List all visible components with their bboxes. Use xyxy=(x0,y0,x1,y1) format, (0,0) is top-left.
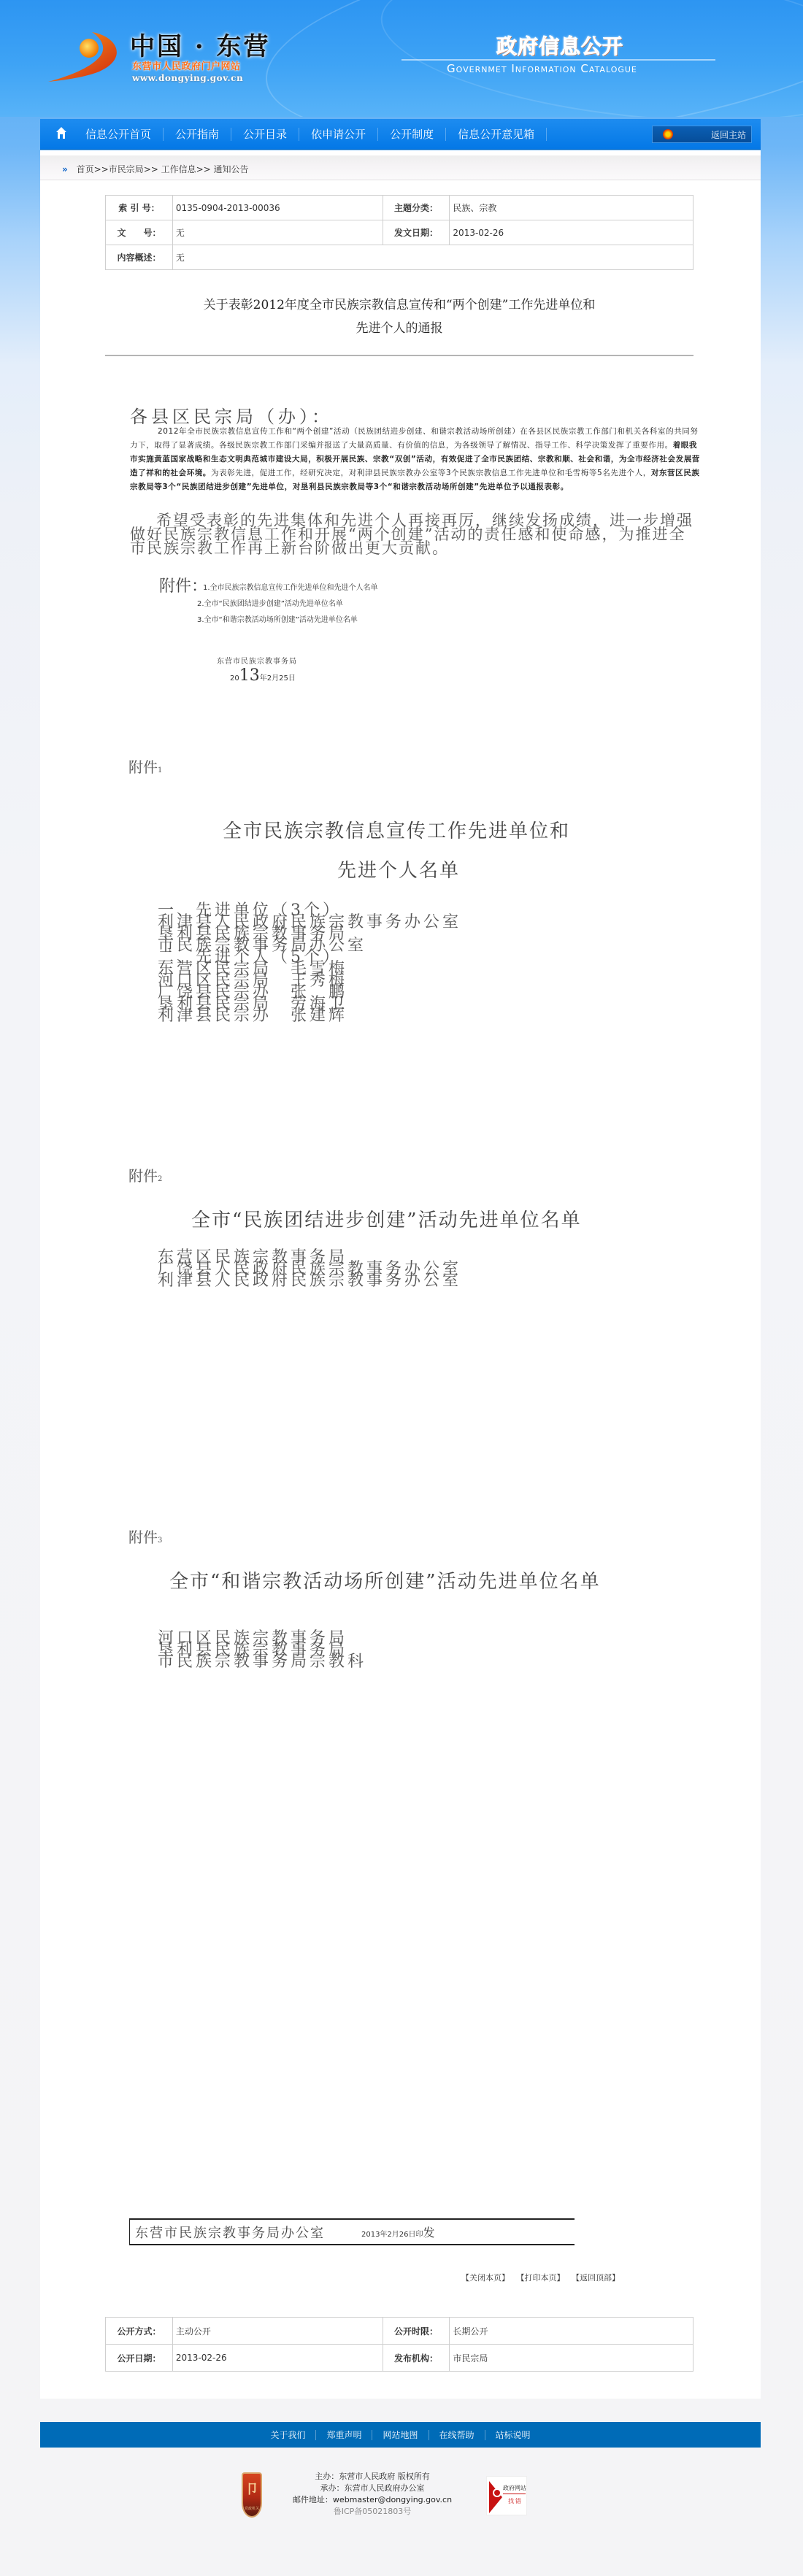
meta-label: 主题分类： xyxy=(383,196,450,220)
breadcrumb-text[interactable]: 首页>>市民宗局>> 工作信息>> 通知公告 xyxy=(77,164,249,174)
footer-link-statement[interactable]: 郑重声明 xyxy=(316,2430,372,2440)
annex-2-label: 附件2 xyxy=(128,1164,162,1185)
meta-label: 索 引 号： xyxy=(106,196,173,220)
date-part: 20 xyxy=(230,674,239,683)
dongying-logo-icon xyxy=(48,29,128,84)
meta-value-index-number: 0135-0904-2013-00036 xyxy=(172,196,383,220)
annex-number: 1 xyxy=(158,766,162,774)
attachments-label: 附件： xyxy=(159,574,207,596)
attachment-item: 1.全市民族宗教信息宣传工作先进单位和先进个人名单 xyxy=(203,580,378,596)
body-paragraph-hope: 希望受表彰的先进集体和先进个人再接再厉，继续发扬成绩，进一步增强做好民族宗教信息… xyxy=(130,514,699,555)
footer-link-logo-info[interactable]: 站标说明 xyxy=(485,2430,541,2440)
title-divider xyxy=(105,355,693,356)
footer-email: 邮件地址：webmaster@dongying.gov.cn xyxy=(277,2494,467,2506)
close-page-link[interactable]: 【关闭本页】 xyxy=(461,2273,510,2283)
error-report-line1: 政府网站 xyxy=(503,2484,526,2492)
meta-label: 公开日期： xyxy=(106,2345,173,2372)
magnifier-icon xyxy=(493,2488,502,2497)
annex-1-title-line2: 先进个人名单 xyxy=(337,856,460,883)
table-row: 公开日期： 2013-02-26 发布机构： 市民宗局 xyxy=(106,2345,693,2372)
return-main-site-button[interactable]: 返回主站 xyxy=(652,126,752,143)
annex-3-list: 河口区民族宗教事务局 垦利县民族宗教事务局 市民族宗教事务局宗教科 xyxy=(158,1633,366,1668)
divider xyxy=(503,2494,526,2494)
return-main-site-label: 返回主站 xyxy=(711,128,746,141)
meta-label: 文 号： xyxy=(106,220,173,245)
document-title-line: 先进个人的通报 xyxy=(105,317,693,340)
annex-3-label: 附件3 xyxy=(128,1526,162,1547)
print-date: 2013年2月26日印发 xyxy=(361,2223,435,2240)
footer-icp[interactable]: 鲁ICP备05021803号 xyxy=(277,2506,467,2518)
national-emblem-icon xyxy=(663,129,673,139)
badge-glyph: 卩 xyxy=(243,2479,261,2498)
meta-label: 公开时限： xyxy=(383,2318,450,2345)
print-date-suffix: 发 xyxy=(423,2226,435,2239)
document-meta-table: 索 引 号： 0135-0904-2013-00036 主题分类： 民族、宗教 … xyxy=(105,195,693,270)
gov-site-error-report-button[interactable]: 政府网站 找错 xyxy=(486,2476,527,2515)
table-row: 公开方式： 主动公开 公开时限： 长期公开 xyxy=(106,2318,693,2345)
document-title: 关于表彰2012年度全市民族宗教信息宣传和“两个创建”工作先进单位和 先进个人的… xyxy=(105,293,693,340)
meta-value-summary: 无 xyxy=(172,245,693,270)
table-row: 内容概述： 无 xyxy=(106,245,693,270)
meta-value-disclosure-method: 主动公开 xyxy=(172,2318,383,2345)
table-row: 文 号： 无 发文日期： 2013-02-26 xyxy=(106,220,693,245)
attachment-item: 3.全市“和谐宗教活动场所创建”活动先进单位名单 xyxy=(197,612,378,628)
signature-date: 2013年2月25日 xyxy=(230,666,296,685)
triangle-icon xyxy=(489,2481,502,2513)
nav-item-catalog[interactable]: 公开目录 xyxy=(231,128,299,141)
annex-1-title-line1: 全市民族宗教信息宣传工作先进单位和 xyxy=(223,816,570,843)
annex-label-text: 附件 xyxy=(128,1529,158,1546)
section-subtitle: Governmet Information Catalogue xyxy=(447,62,637,75)
issue-box: 东营市民族宗教事务局办公室 2013年2月26日印发 xyxy=(129,2218,575,2245)
table-row: 索 引 号： 0135-0904-2013-00036 主题分类： 民族、宗教 xyxy=(106,196,693,220)
annex-label-text: 附件 xyxy=(128,1167,158,1185)
date-part: 年2月25日 xyxy=(260,674,296,683)
nav-item-feedback[interactable]: 信息公开意见箱 xyxy=(446,128,547,141)
body-text: 为表彰先进，促进工作，经研究决定，对利津县民族宗教办公室等3个民族宗教信息工作先… xyxy=(211,469,651,477)
footer-info: 主办：东营市人民政府 版权所有 承办：东营市人民政府办公室 邮件地址：webma… xyxy=(277,2471,467,2518)
double-chevron-icon: » xyxy=(62,164,68,174)
footer-link-about[interactable]: 关于我们 xyxy=(260,2430,316,2440)
annex-1-list: 一、先进单位（3个） 利津县人民政府民族宗教事务办公室 垦利县民族宗教事务局 市… xyxy=(158,905,461,1022)
annex-3-title: 全市“和谐宗教活动场所创建”活动先进单位名单 xyxy=(169,1566,601,1593)
header-banner: 中国 · 东营 东营市人民政府门户网站 www.dongying.gov.cn … xyxy=(0,0,803,117)
footer-nav: 关于我们 郑重声明 网站地图 在线帮助 站标说明 xyxy=(40,2422,761,2448)
annex-label-text: 附件 xyxy=(128,758,158,776)
nav-item-guide[interactable]: 公开指南 xyxy=(164,128,231,141)
footer-link-sitemap[interactable]: 网站地图 xyxy=(372,2430,429,2440)
error-report-line2: 找错 xyxy=(508,2497,523,2505)
issuing-office: 东营市民族宗教事务局办公室 xyxy=(135,2223,325,2242)
footer-organizer: 承办：东营市人民政府办公室 xyxy=(277,2483,467,2494)
home-icon[interactable] xyxy=(56,127,78,142)
annex-2-list: 东营区民族宗教事务局 广饶县人民政府民族宗教事务办公室 利津县人民政府民族宗教事… xyxy=(158,1252,461,1287)
attachments-list: 1.全市民族宗教信息宣传工作先进单位和先进个人名单 2.全市“民族团结进步创建”… xyxy=(203,580,378,628)
site-logo-title: 中国 · 东营 xyxy=(130,26,271,62)
signature-organization: 东营市民族宗教事务局 xyxy=(217,655,297,666)
meta-value-issue-date: 2013-02-26 xyxy=(450,220,693,245)
annex-number: 2 xyxy=(158,1175,162,1183)
meta-value-doc-number: 无 xyxy=(172,220,383,245)
list-item: 利津县民宗办 张建辉 xyxy=(158,1010,461,1022)
body-text: 2012年全市民族宗教信息宣传工作和“两个创建”活动（民族团结进步创建、和谐宗教… xyxy=(130,427,699,450)
party-government-badge-icon[interactable]: 卩 党政机关 xyxy=(242,2472,262,2518)
list-item: 利津县人民政府民族宗教事务办公室 xyxy=(158,1275,461,1287)
site-url: www.dongying.gov.cn xyxy=(132,73,243,83)
section-title: 政府信息公开 xyxy=(496,31,623,60)
nav-item-info-home[interactable]: 信息公开首页 xyxy=(78,128,164,141)
meta-label: 内容概述： xyxy=(106,245,173,270)
back-to-top-link[interactable]: 【返回顶部】 xyxy=(572,2273,620,2283)
breadcrumb-bar: » 首页>>市民宗局>> 工作信息>> 通知公告 xyxy=(40,155,761,180)
annex-2-title: 全市“民族团结进步创建”活动先进单位名单 xyxy=(191,1205,582,1232)
annex-number: 3 xyxy=(158,1537,162,1545)
nav-item-system[interactable]: 公开制度 xyxy=(378,128,446,141)
meta-label: 发布机构： xyxy=(383,2345,450,2372)
meta-label: 发文日期： xyxy=(383,220,450,245)
nav-item-apply[interactable]: 依申请公开 xyxy=(299,128,378,141)
breadcrumb: » 首页>>市民宗局>> 工作信息>> 通知公告 xyxy=(62,163,249,175)
main-nav: 信息公开首页 公开指南 公开目录 依申请公开 公开制度 信息公开意见箱 返回主站 xyxy=(40,119,761,150)
page-actions: 【关闭本页】 【打印本页】 【返回顶部】 xyxy=(457,2272,620,2283)
meta-value-publisher: 市民宗局 xyxy=(450,2345,693,2372)
print-date-text: 2013年2月26日印 xyxy=(361,2231,423,2239)
meta-label: 公开方式： xyxy=(106,2318,173,2345)
meta-value-disclosure-period: 长期公开 xyxy=(450,2318,693,2345)
meta-value-category: 民族、宗教 xyxy=(450,196,693,220)
print-page-link[interactable]: 【打印本页】 xyxy=(517,2273,565,2283)
attachment-item: 2.全市“民族团结进步创建”活动先进单位名单 xyxy=(197,596,378,612)
badge-text: 党政机关 xyxy=(243,2506,261,2511)
disclosure-meta-table: 公开方式： 主动公开 公开时限： 长期公开 公开日期： 2013-02-26 发… xyxy=(105,2317,693,2372)
list-item: 市民族宗教事务局宗教科 xyxy=(158,1656,366,1668)
body-paragraph: 2012年全市民族宗教信息宣传工作和“两个创建”活动（民族团结进步创建、和谐宗教… xyxy=(130,425,701,494)
footer-link-help[interactable]: 在线帮助 xyxy=(429,2430,485,2440)
annex-1-label: 附件1 xyxy=(128,756,162,777)
document-title-line: 关于表彰2012年度全市民族宗教信息宣传和“两个创建”工作先进单位和 xyxy=(105,293,693,317)
salutation: 各县区民宗局（办）： xyxy=(130,402,333,428)
date-part: 13 xyxy=(239,666,260,685)
footer-sponsor: 主办：东营市人民政府 版权所有 xyxy=(277,2471,467,2483)
divider xyxy=(401,59,715,61)
site-logo-subtitle: 东营市人民政府门户网站 xyxy=(132,58,241,72)
meta-value-disclosure-date: 2013-02-26 xyxy=(172,2345,383,2372)
